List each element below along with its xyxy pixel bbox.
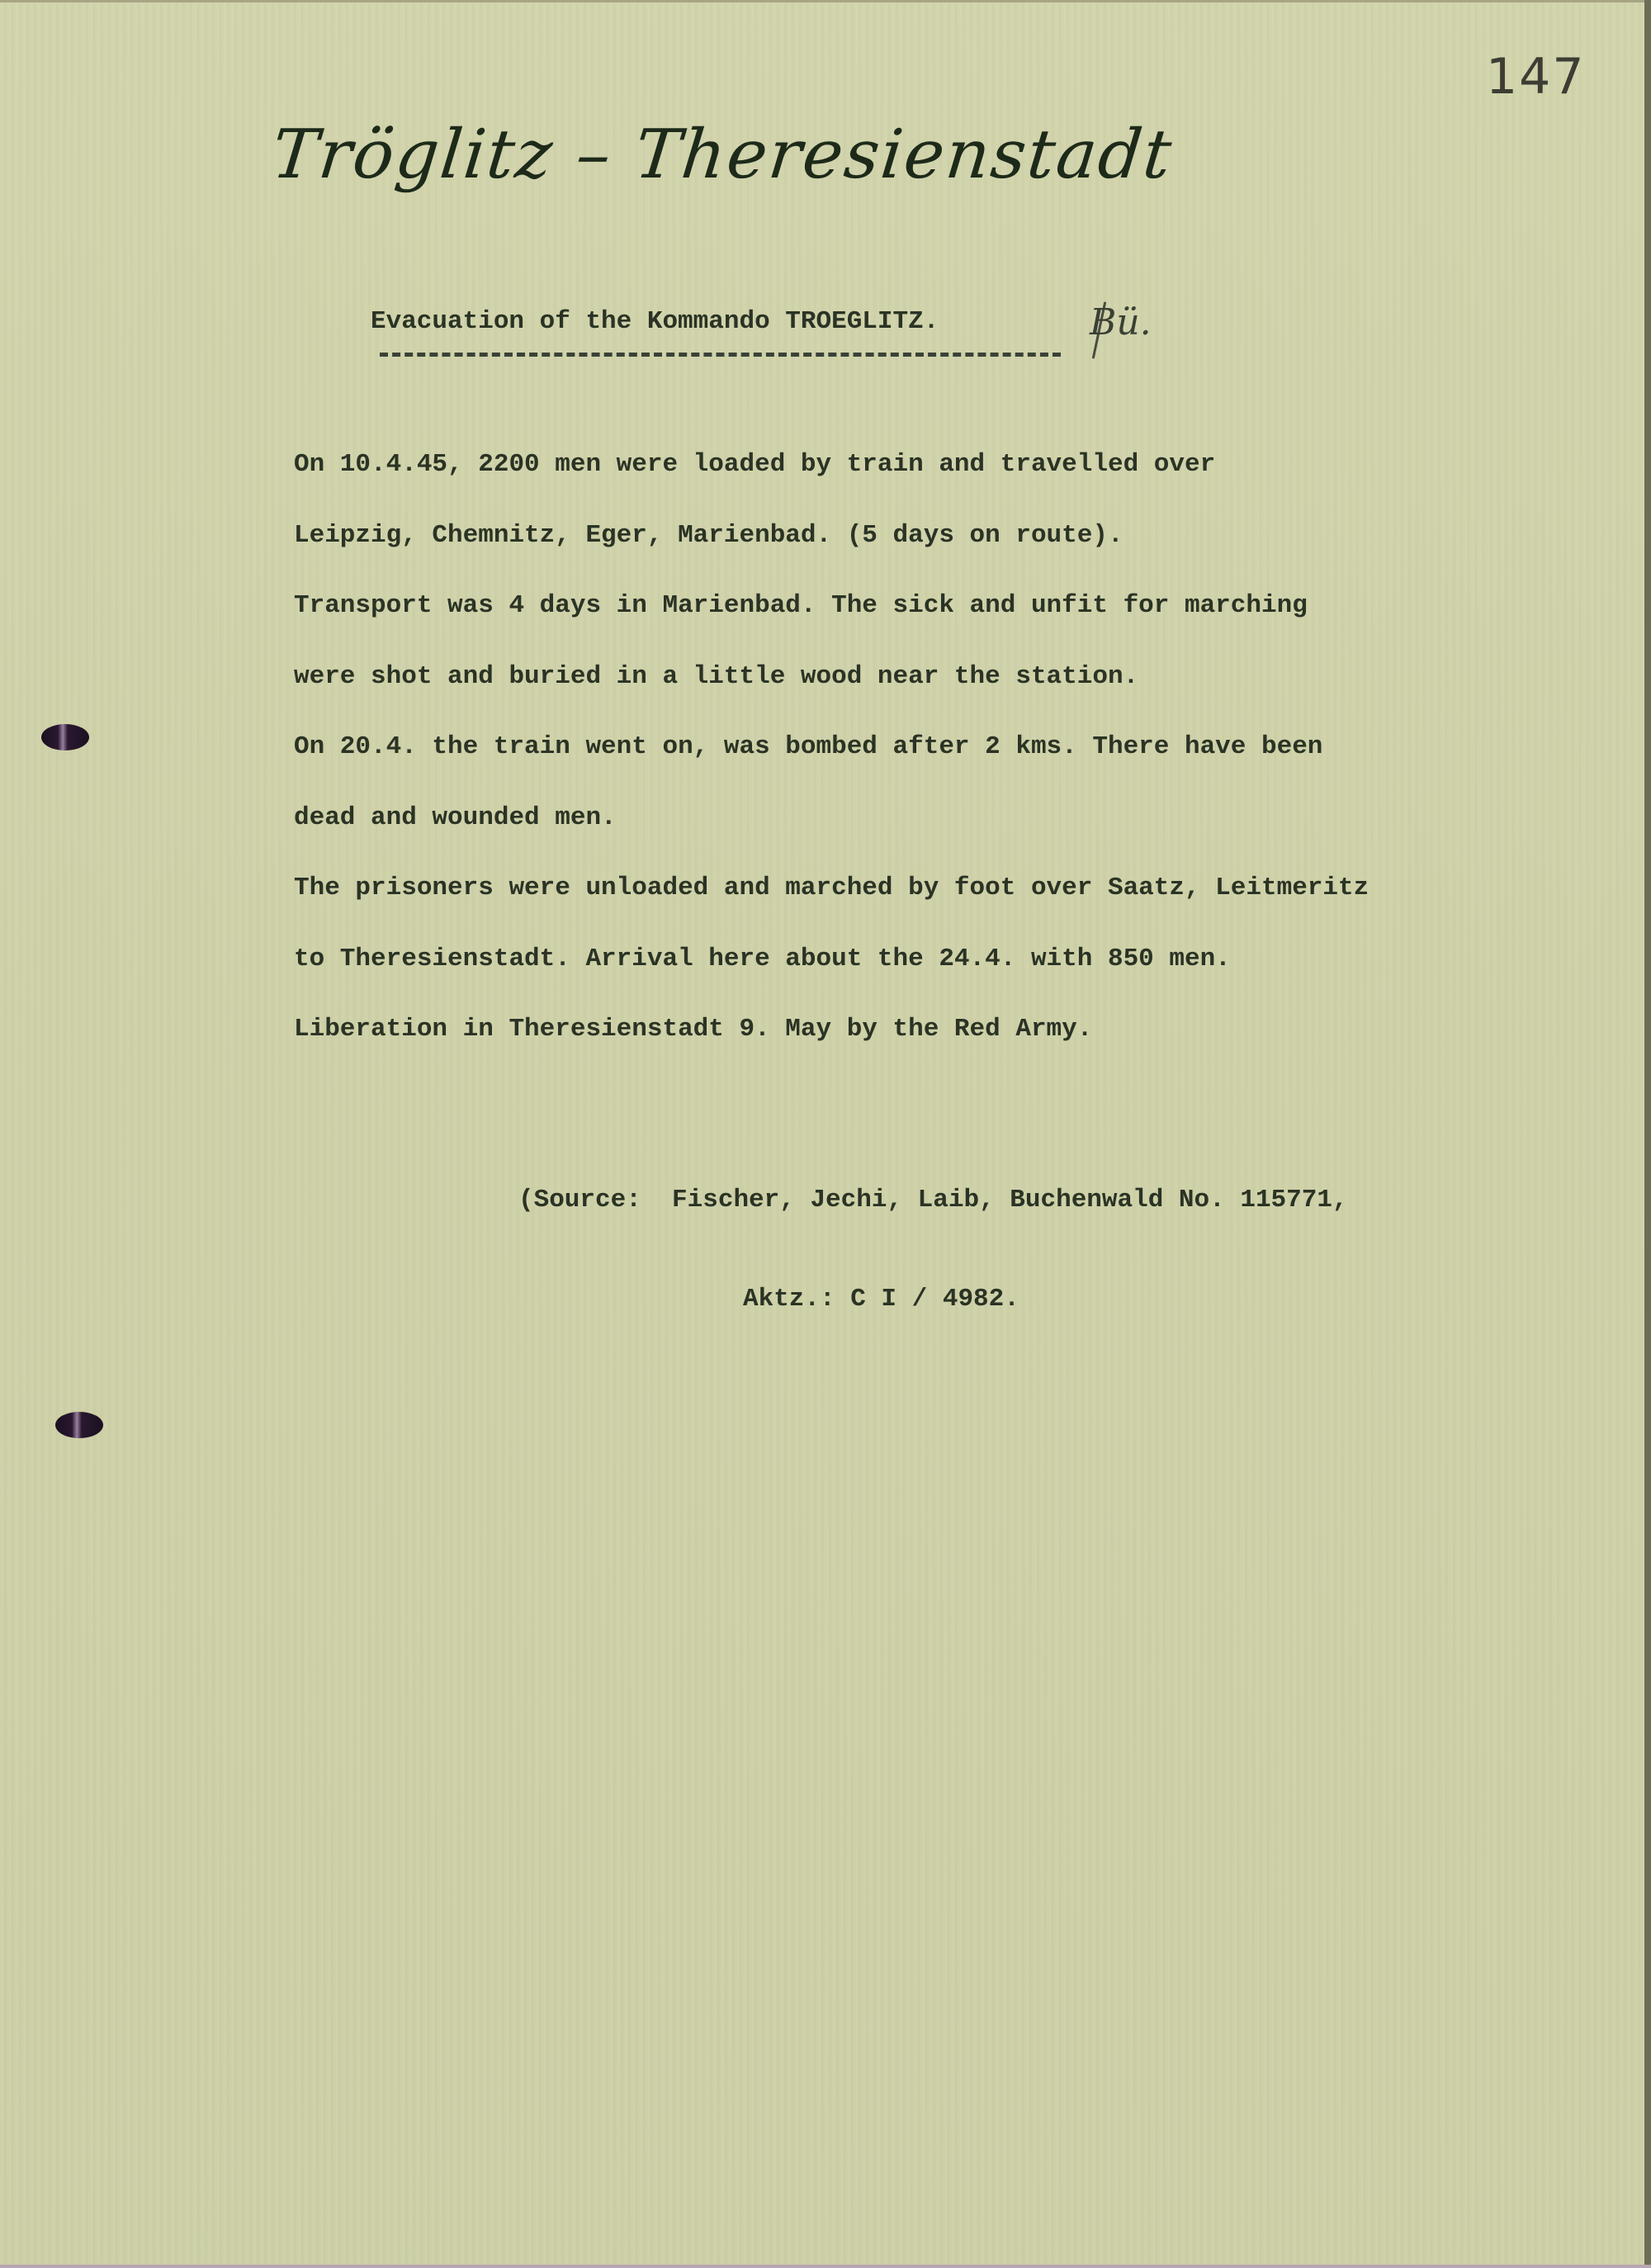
body-line: dead and wounded men. xyxy=(294,798,1532,869)
page-right-edge xyxy=(1644,0,1651,2268)
initials-annotation: Bü. xyxy=(1090,301,1152,343)
punch-hole-top xyxy=(41,724,89,750)
source-line-2: Aktz.: C I / 4982. xyxy=(518,1283,1348,1316)
page-top-edge xyxy=(0,0,1651,2)
body-text: On 10.4.45, 2200 men were loaded by trai… xyxy=(294,444,1532,1080)
page-number: 147 xyxy=(1486,48,1586,106)
body-line: to Theresienstadt. Arrival here about th… xyxy=(294,939,1532,1010)
body-line: On 20.4. the train went on, was bombed a… xyxy=(294,727,1532,798)
handwritten-title: Tröglitz – Theresienstadt xyxy=(268,116,1176,194)
page-bottom-edge xyxy=(0,2265,1651,2268)
body-line: Liberation in Theresienstadt 9. May by t… xyxy=(294,1009,1532,1080)
body-line: were shot and buried in a little wood ne… xyxy=(294,656,1532,727)
body-line: On 10.4.45, 2200 men were loaded by trai… xyxy=(294,444,1532,515)
body-line: The prisoners were unloaded and marched … xyxy=(294,868,1532,939)
body-line: Leipzig, Chemnitz, Eger, Marienbad. (5 d… xyxy=(294,515,1532,586)
heading-underline xyxy=(380,353,1061,357)
source-citation: (Source: Fischer, Jechi, Laib, Buchenwal… xyxy=(518,1118,1348,1382)
document-heading: Evacuation of the Kommando TROEGLITZ. xyxy=(371,307,939,336)
punch-hole-bottom xyxy=(55,1412,103,1438)
body-line: Transport was 4 days in Marienbad. The s… xyxy=(294,585,1532,656)
document-page: 147 Tröglitz – Theresienstadt Evacuation… xyxy=(0,0,1651,2268)
source-line-1: (Source: Fischer, Jechi, Laib, Buchenwal… xyxy=(518,1184,1348,1217)
